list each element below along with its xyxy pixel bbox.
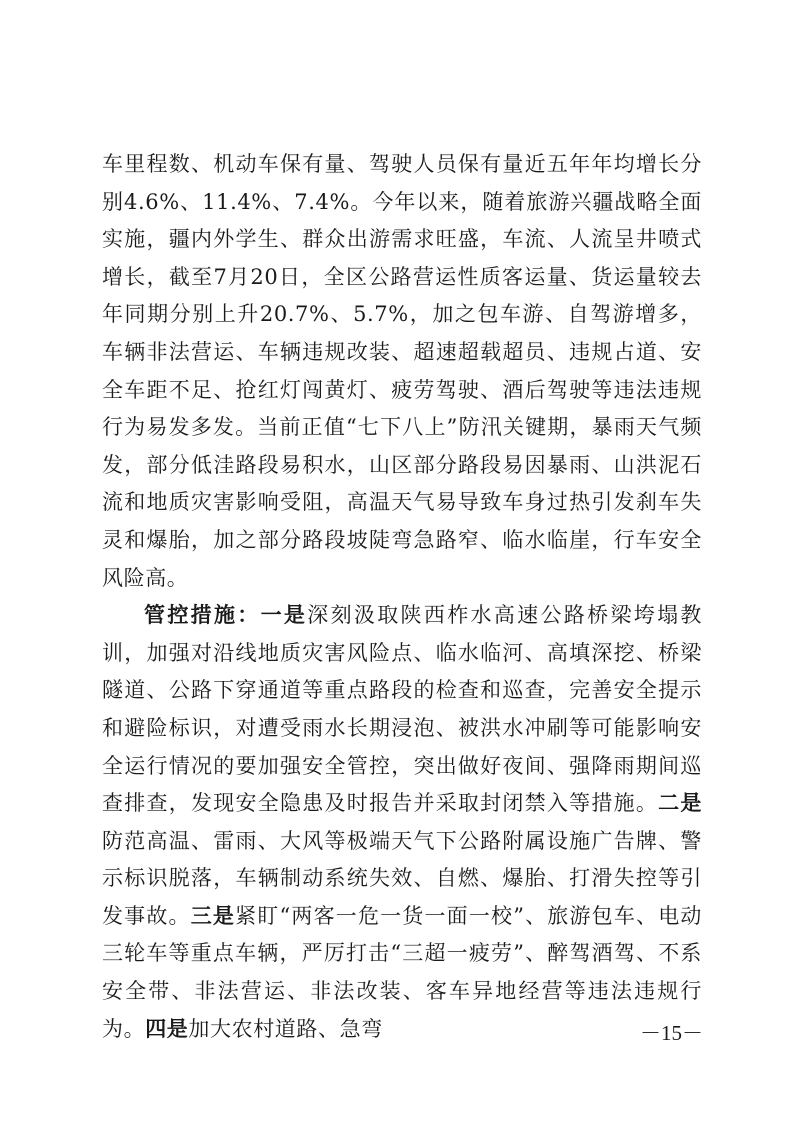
page-number: －15－ [640,1017,703,1047]
measures-heading: 管控措施： [144,603,261,627]
measure-4-text: 加大农村道路、急弯 [188,1017,382,1041]
measure-4-label: 四是 [145,1017,188,1041]
paragraph-risk-context: 车里程数、机动车保有量、驾驶人员保有量近五年年均增长分别4.6%、11.4%、7… [102,146,702,597]
document-page: 车里程数、机动车保有量、驾驶人员保有量近五年年均增长分别4.6%、11.4%、7… [0,0,793,1122]
measure-1-text: 深刻汲取陕西柞水高速公路桥梁垮塌教训，加强对沿线地质灾害风险点、临水临河、高填深… [102,603,702,815]
measure-3-label: 三是 [191,904,235,928]
paragraph-text: 车里程数、机动车保有量、驾驶人员保有量近五年年均增长分别4.6%、11.4%、7… [102,152,702,590]
paragraph-control-measures: 管控措施：一是深刻汲取陕西柞水高速公路桥梁垮塌教训，加强对沿线地质灾害风险点、临… [102,597,702,1048]
measure-2-label: 二是 [658,791,702,815]
body-text: 车里程数、机动车保有量、驾驶人员保有量近五年年均增长分别4.6%、11.4%、7… [102,146,702,1048]
measure-1-label: 一是 [261,603,308,627]
